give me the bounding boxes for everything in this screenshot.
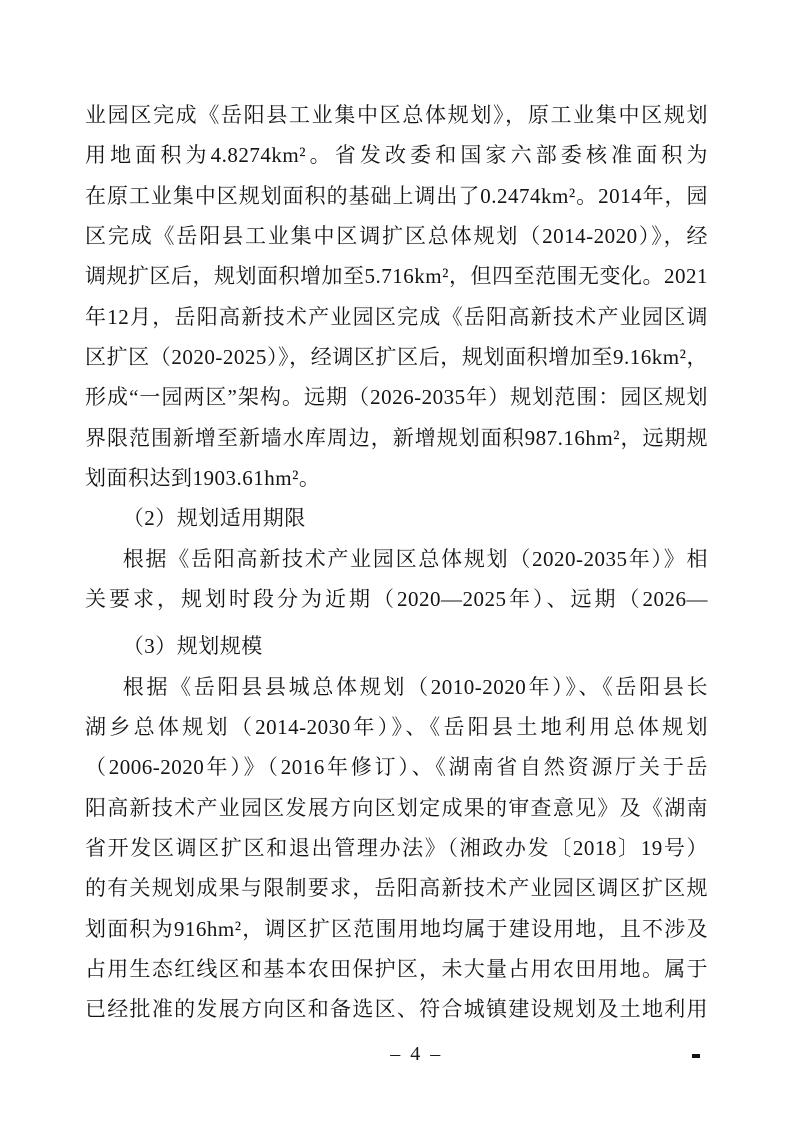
text-line: 区扩区（2020-2025）》，经调区扩区后，规划面积增加至9.16km²， <box>85 337 708 377</box>
text-line: 湖乡总体规划（2014-2030年）》、《岳阳县土地利用总体规划 <box>85 707 708 747</box>
text-line: 占用生态红线区和基本农田保护区，未大量占用农田用地。属于 <box>85 949 708 989</box>
text-line: 用地面积为4.8274km²。省发改委和国家六部委核准面积为4.58km²， <box>85 135 708 175</box>
text-line: 区完成《岳阳县工业集中区调扩区总体规划（2014-2020）》，经 <box>85 216 708 256</box>
text-line: 界限范围新增至新墙水库周边，新增规划面积987.16hm²，远期规 <box>85 418 708 458</box>
text-line: 划面积达到1903.61hm²。 <box>85 458 708 498</box>
text-line: 省开发区调区扩区和退出管理办法》（湘政办发〔2018〕19号） <box>85 828 708 868</box>
text-line: 年12月，岳阳高新技术产业园区完成《岳阳高新技术产业园区调 <box>85 297 708 337</box>
text-line: 调规扩区后，规划面积增加至5.716km²，但四至范围无变化。2021 <box>85 256 708 296</box>
paragraph-continuation: 业园区完成《岳阳县工业集中区总体规划》，原工业集中区规划用地面积为4.8274k… <box>85 95 708 498</box>
text-line: 阳高新技术产业园区发展方向区划定成果的审查意见》及《湖南 <box>85 788 708 828</box>
page-number: – 4 – <box>390 1043 441 1065</box>
text-line: 在原工业集中区规划面积的基础上调出了0.2474km²。2014年，园 <box>85 176 708 216</box>
text-line: 根据《岳阳高新技术产业园区总体规划（2020-2035年）》相 <box>85 539 708 579</box>
text-line: 形成“一园两区”架构。远期（2026-2035年）规划范围：园区规划 <box>85 377 708 417</box>
text-line: 业园区完成《岳阳县工业集中区总体规划》，原工业集中区规划 <box>85 95 708 135</box>
page-footer: – 4 – <box>38 1043 793 1066</box>
text-line: 已经批准的发展方向区和备选区、符合城镇建设规划及土地利用 <box>85 989 708 1029</box>
text-line: 关要求，规划时段分为近期（2020—2025年）、远期（2026—2035）。 <box>85 579 708 619</box>
text-line: 划面积为916hm²，调区扩区范围用地均属于建设用地，且不涉及 <box>85 909 708 949</box>
text-line: 的有关规划成果与限制要求，岳阳高新技术产业园区调区扩区规 <box>85 868 708 908</box>
paragraph-planning-period: 根据《岳阳高新技术产业园区总体规划（2020-2035年）》相关要求，规划时段分… <box>85 539 708 620</box>
heading-line: （2）规划适用期限 <box>85 498 708 538</box>
section-heading-2: （2）规划适用期限 <box>85 498 708 538</box>
paragraph-planning-scale: 根据《岳阳县县城总体规划（2010-2020年）》、《岳阳县长湖乡总体规划（20… <box>85 667 708 1030</box>
section-heading-3: （3）规划规模 <box>85 626 708 666</box>
text-line: 根据《岳阳县县城总体规划（2010-2020年）》、《岳阳县长 <box>85 667 708 707</box>
heading-line: （3）规划规模 <box>85 626 708 666</box>
document-page: 业园区完成《岳阳县工业集中区总体规划》，原工业集中区规划用地面积为4.8274k… <box>0 0 793 1122</box>
margin-dash-mark <box>692 1054 700 1058</box>
document-body: 业园区完成《岳阳县工业集中区总体规划》，原工业集中区规划用地面积为4.8274k… <box>85 95 708 1030</box>
text-line: （2006-2020年）》（2016年修订）、《湖南省自然资源厅关于岳 <box>85 747 708 787</box>
